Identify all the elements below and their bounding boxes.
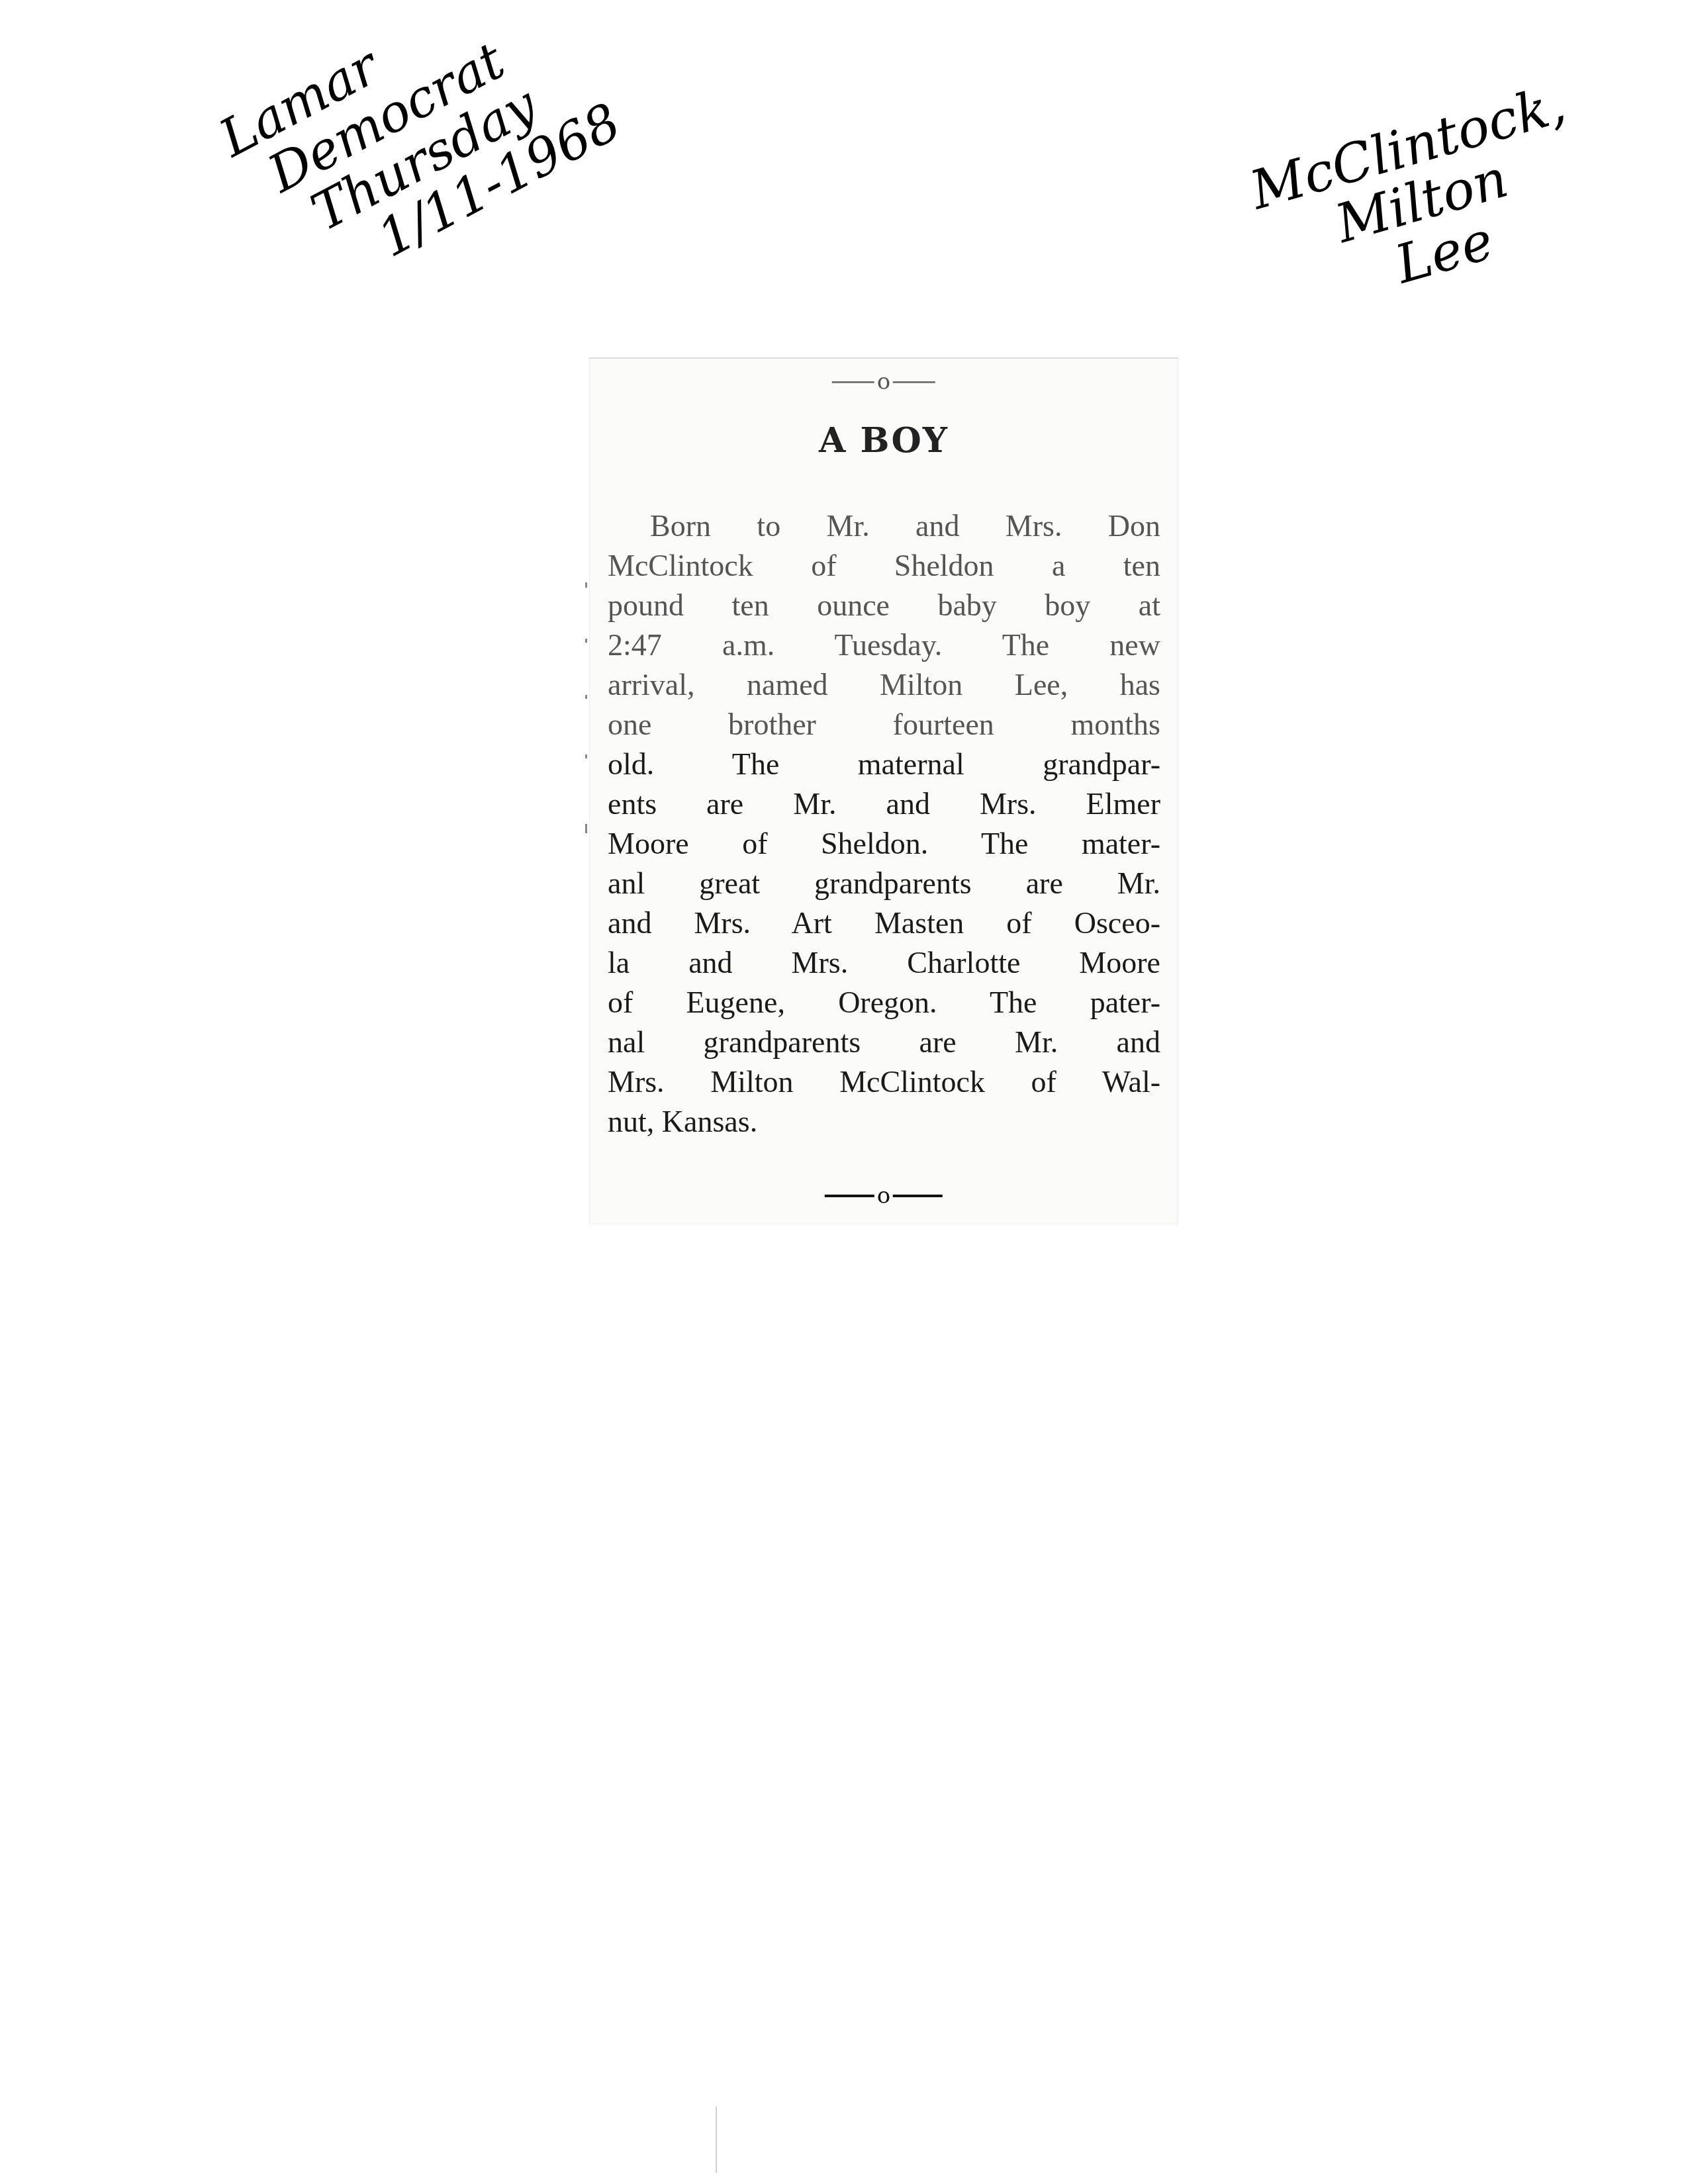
divider-rule — [825, 1195, 874, 1197]
scan-fold-line — [716, 2107, 717, 2173]
article-body: Born to Mr. and Mrs. Don McClintock of S… — [608, 506, 1160, 1142]
article-line: of Eugene, Oregon. The pater- — [608, 983, 1160, 1023]
article-line: nut, Kansas. — [608, 1102, 1160, 1142]
scan-speck — [585, 695, 587, 699]
article-line: 2:47 a.m. Tuesday. The new — [608, 625, 1160, 665]
top-divider-ornament: o — [832, 371, 935, 393]
article-line: nal grandparents are Mr. and — [608, 1023, 1160, 1062]
scan-speck — [585, 824, 587, 833]
article-line: ents are Mr. and Mrs. Elmer — [608, 784, 1160, 824]
handwritten-source-note: Lamar Democrat Thursday 1/11-1968 — [212, 0, 630, 310]
scan-speck — [585, 754, 587, 758]
newspaper-clipping: o A BOY Born to Mr. and Mrs. Don McClint… — [589, 357, 1178, 1224]
article-line: Mrs. Milton McClintock of Wal- — [608, 1062, 1160, 1102]
divider-circle: o — [877, 1185, 890, 1207]
handwritten-subject-note: McClintock, Milton Lee — [1244, 76, 1602, 326]
article-line: McClintock of Sheldon a ten — [608, 546, 1160, 586]
article-line: arrival, named Milton Lee, has — [608, 665, 1160, 705]
article-headline: A BOY — [589, 420, 1178, 461]
article-line: Moore of Sheldon. The mater- — [608, 824, 1160, 864]
article-line: one brother fourteen months — [608, 705, 1160, 745]
scan-speck — [585, 582, 587, 588]
scan-speck — [585, 639, 587, 643]
article-line: la and Mrs. Charlotte Moore — [608, 943, 1160, 983]
article-line: old. The maternal grandpar- — [608, 745, 1160, 784]
article-line: anl great grandparents are Mr. — [608, 864, 1160, 903]
article-line: and Mrs. Art Masten of Osceo- — [608, 903, 1160, 943]
divider-rule — [832, 381, 874, 383]
divider-circle: o — [877, 371, 890, 393]
divider-rule — [893, 1195, 943, 1197]
article-line: pound ten ounce baby boy at — [608, 586, 1160, 625]
divider-rule — [893, 381, 935, 383]
bottom-divider-ornament: o — [825, 1185, 943, 1207]
article-line: Born to Mr. and Mrs. Don — [608, 506, 1160, 546]
clipping-edge — [589, 357, 1178, 359]
